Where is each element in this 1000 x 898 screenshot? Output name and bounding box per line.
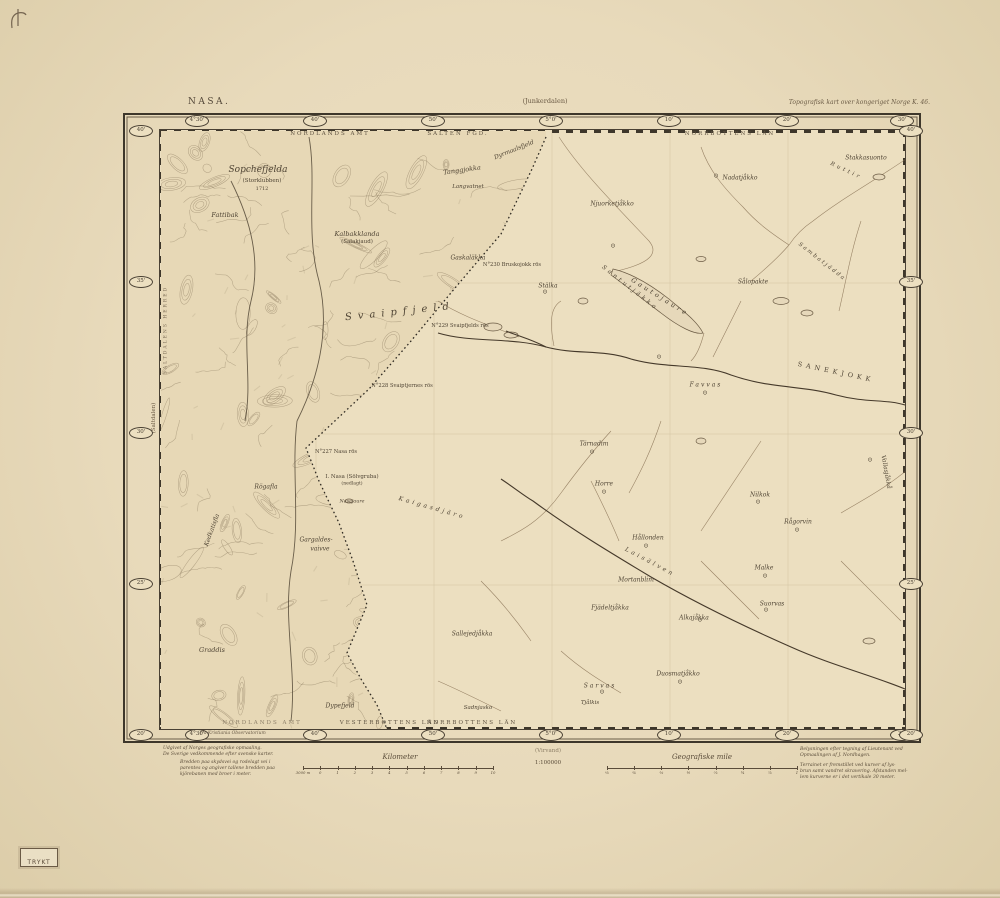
graticule-value-bubble: 20' (899, 729, 923, 741)
admin-border-label: SALTEN FGD. (427, 131, 488, 137)
map-place-label: Stälka (538, 283, 557, 290)
scale-tick (441, 766, 442, 770)
scale-tick-label: 2 (354, 770, 356, 775)
map-place-label: Tärnadim (580, 441, 609, 448)
map-place-label: Tjålkis (581, 700, 599, 706)
observatory-margin-note: fra Kristiania Observatorium (200, 731, 266, 736)
map-place-label: Favvas (690, 382, 723, 389)
cairn-symbol: ⊙ (643, 543, 648, 550)
map-place-label: (Salakjaud) (341, 239, 373, 245)
graticule-value: 30' (900, 428, 922, 437)
scale-tick (355, 766, 356, 770)
printer-stamp-text: TRYKT (27, 859, 50, 866)
scale-tick (424, 766, 425, 770)
cairn-symbol: ⊙ (610, 243, 615, 250)
map-place-label: Alkajåkka (679, 615, 709, 622)
map-place-label: Gargaldes- (299, 537, 332, 544)
scale-tick-label: 1 (796, 770, 798, 775)
graticule-value: 40' (304, 730, 326, 739)
neighbor-sheet-south: (Virvand) (535, 748, 561, 754)
scale-tick (797, 766, 798, 770)
scale-tick-label: 6 (423, 770, 425, 775)
graticule-value: 50' (422, 116, 444, 125)
mile-scale-label: Geografiske mile (672, 753, 732, 761)
cairn-symbol: ⊙ (677, 679, 682, 686)
cairn-symbol: ⊙ (713, 173, 718, 180)
scale-tick (303, 766, 304, 770)
map-place-label: N°228 Svaiptjernes rös (371, 383, 432, 389)
graticule-value-bubble: 25' (899, 578, 923, 590)
admin-border-label: NORDLANDS AMT (222, 720, 302, 726)
graticule-value: 10' (658, 116, 680, 125)
note-line: Opmaalingen af J. Nordhagen. (800, 753, 903, 759)
neighbor-sheet-north: (Junkerdalen) (522, 97, 567, 105)
mile-scale-bar: ⅛¼⅜½⅝¾⅞1 (607, 765, 797, 777)
map-place-label: Hållonden (632, 535, 663, 542)
note-line: lem kurverne er i det vertikale 30 meter… (800, 775, 908, 781)
map-place-label: Graddis (199, 646, 225, 654)
graticule-value: 25' (130, 579, 152, 588)
cairn-symbol: ⊙ (589, 449, 594, 456)
map-place-label: Malke (755, 565, 774, 572)
map-place-label: Nasajaure (340, 500, 365, 505)
map-place-label: Stakkasuonto (845, 155, 886, 162)
map-place-label: Nilkok (750, 492, 770, 499)
map-place-label: Gaskaläkka (450, 255, 485, 262)
graticule-value: 5°0' (540, 730, 562, 739)
graticule-value: 35' (900, 277, 922, 286)
cairn-symbol: ⊙ (763, 607, 768, 614)
graticule-value-bubble: 40' (303, 115, 327, 127)
graticule-value: 25' (900, 579, 922, 588)
map-place-label: Sadnjasko (464, 705, 493, 711)
graticule-value-bubble: 10' (657, 729, 681, 741)
map-place-label: Sallejedjåkka (452, 631, 493, 638)
map-place-label: 1712 (256, 186, 269, 192)
map-place-label: N°230 Bruskojokk rös (483, 262, 541, 268)
scale-baseline (303, 768, 493, 769)
scale-tick-label: ¼ (632, 770, 636, 775)
scale-tick-label: ½ (687, 770, 691, 775)
graticule-value: 5°0' (540, 116, 562, 125)
graticule-value-bubble: 40' (129, 125, 153, 137)
admin-border-label: NORRBOTTENS LÄN (685, 131, 775, 137)
graticule-value: 30' (891, 116, 913, 125)
surveyor-note: Belysningen efter tegning af Lieutenant … (800, 747, 903, 759)
map-place-label: Horre (595, 481, 613, 488)
scale-tick (688, 766, 689, 770)
graticule-value-bubble: 35' (129, 276, 153, 288)
graticule-value: 4°30' (186, 116, 208, 125)
graticule-value: 20' (776, 730, 798, 739)
scale-tick (743, 766, 744, 770)
scale-tick (458, 766, 459, 770)
note-line: kjörebanen med broer i meter. (180, 772, 275, 778)
map-place-label: Rågorvin (784, 519, 812, 526)
herred-vertical-label: SALTDALENS HERRED (164, 286, 169, 374)
scale-tick-label: ⅛ (605, 770, 609, 775)
graticule-value: 20' (130, 730, 152, 739)
scale-tick-label: 8 (457, 770, 459, 775)
graticule-value-bubble: 5°0' (539, 115, 563, 127)
graticule-value: 40' (900, 126, 922, 135)
admin-border-label: NORDLANDS AMT (290, 131, 370, 137)
scale-tick-label: 10 (491, 770, 496, 775)
map-place-label: Rögafla (254, 484, 277, 491)
scale-tick (716, 766, 717, 770)
graticule-value-bubble: 50' (421, 115, 445, 127)
map-place-label: N°229 Svaipfjelds rös (431, 323, 488, 329)
corner-fold-mark (6, 6, 30, 32)
map-place-label: Duosmatjåkko (656, 671, 699, 678)
graticule-value-bubble: 35' (899, 276, 923, 288)
map-place-label: Nadatjåkko (723, 175, 758, 182)
cairn-symbol: ⊙ (762, 573, 767, 580)
map-linework (160, 130, 905, 729)
scale-baseline (607, 768, 797, 769)
scale-tick (607, 766, 608, 770)
map-place-label: Kalbakklanda (335, 230, 380, 238)
admin-border-label: VESTERBOTTENS LÄN (340, 720, 440, 726)
map-place-label: I. Nasa (Sölvgruba) (325, 474, 378, 480)
graticule-value-bubble: 30' (129, 427, 153, 439)
map-place-label: Mortanblim (618, 577, 654, 584)
scale-tick-label: 5 (405, 770, 407, 775)
map-place-label: Sålopakte (738, 279, 768, 286)
cairn-symbol: ⊙ (601, 489, 606, 496)
graticule-value: 30' (130, 428, 152, 437)
graticule-value-bubble: 40' (303, 729, 327, 741)
cairn-symbol: ⊙ (697, 617, 702, 624)
graticule-value-bubble: 20' (129, 729, 153, 741)
scale-tick (661, 766, 662, 770)
scale-tick (320, 766, 321, 770)
scanned-map-sheet: { "sheet": { "name": "NASA.", "neighbor_… (0, 0, 1000, 898)
note-line: De Sverige vedkommende efter svenske kar… (163, 752, 273, 758)
map-place-label: Fattibak (211, 211, 238, 219)
scale-ratio: 1:100000 (535, 760, 561, 766)
scale-tick (493, 766, 494, 770)
map-place-label: (Storklubben) (243, 178, 282, 184)
scale-tick-label: ⅝ (714, 770, 718, 775)
scale-tick-label: 3 (371, 770, 373, 775)
scale-tick-label: 3000 m (296, 770, 310, 775)
kilometer-scale-bar: 3000 m012345678910 (303, 765, 493, 777)
scale-tick-label: 9 (475, 770, 477, 775)
kilometer-scale-label: Kilometer (382, 753, 417, 761)
map-place-label: Fjädeltjåkka (591, 605, 629, 612)
sheet-title: NASA. (188, 97, 230, 107)
graticule-value-bubble: 40' (899, 125, 923, 137)
map-place-label: Sopchefjelda (229, 165, 288, 175)
graticule-value-bubble: 20' (775, 729, 799, 741)
graticule-value-bubble: 5°0' (539, 729, 563, 741)
graticule-value: 50' (422, 730, 444, 739)
cairn-symbol: ⊙ (867, 457, 872, 464)
scale-tick (634, 766, 635, 770)
map-place-label: (nedlagt) (341, 482, 362, 487)
graticule-value-bubble: 4°30' (185, 115, 209, 127)
scale-tick (389, 766, 390, 770)
graticule-value: 40' (130, 126, 152, 135)
scale-tick-label: 7 (440, 770, 442, 775)
scale-tick-label: ⅜ (659, 770, 663, 775)
scale-tick (372, 766, 373, 770)
contour-interval-note: Terrainet er fremstillet ved kurver af l… (800, 763, 908, 782)
cairn-symbol: ⊙ (755, 499, 760, 506)
cairn-symbol: ⊙ (599, 689, 604, 696)
map-place-label: vaivve (310, 546, 329, 553)
scale-tick-label: ¾ (741, 770, 745, 775)
graticule-value: 35' (130, 277, 152, 286)
scale-tick (770, 766, 771, 770)
scale-tick-label: 0 (319, 770, 321, 775)
scale-tick (407, 766, 408, 770)
scale-tick-label: 4 (388, 770, 390, 775)
cairn-symbol: ⊙ (542, 289, 547, 296)
map-place-label: N°227 Nasa rös (315, 449, 357, 455)
graticule-value-bubble: 50' (421, 729, 445, 741)
cairn-symbol: ⊙ (794, 527, 799, 534)
map-place-label: Njuorketjåkko (590, 201, 633, 208)
graticule-value: 10' (658, 730, 680, 739)
scale-tick-label: ⅞ (768, 770, 772, 775)
graticule-value: 20' (776, 116, 798, 125)
graticule-value: 40' (304, 116, 326, 125)
graticule-value-bubble: 10' (657, 115, 681, 127)
graticule-value-bubble: 30' (899, 427, 923, 439)
scale-tick (338, 766, 339, 770)
road-width-note: Bredden paa skydsvei og rodelagt vei ipa… (180, 760, 275, 779)
publisher-note: Udgivet af Norges geografiske opmaaling.… (163, 746, 273, 758)
scale-tick (476, 766, 477, 770)
map-place-label: Langvatnet (452, 184, 484, 190)
admin-border-label: NORRBOTTENS LÄN (427, 720, 517, 726)
graticule-value: 20' (900, 730, 922, 739)
graticule-value-bubble: 20' (775, 115, 799, 127)
scale-tick-label: 1 (336, 770, 338, 775)
map-canvas (159, 129, 906, 730)
map-place-label: Dypefjeld (326, 703, 355, 710)
page-curl-shadow (0, 888, 1000, 898)
cairn-symbol: ⊙ (656, 354, 661, 361)
cairn-symbol: ⊙ (702, 390, 707, 397)
printer-stamp: TRYKT (20, 848, 58, 867)
graticule-value-bubble: 25' (129, 578, 153, 590)
series-note: Topografisk kart over kongeriget Norge K… (789, 99, 930, 106)
